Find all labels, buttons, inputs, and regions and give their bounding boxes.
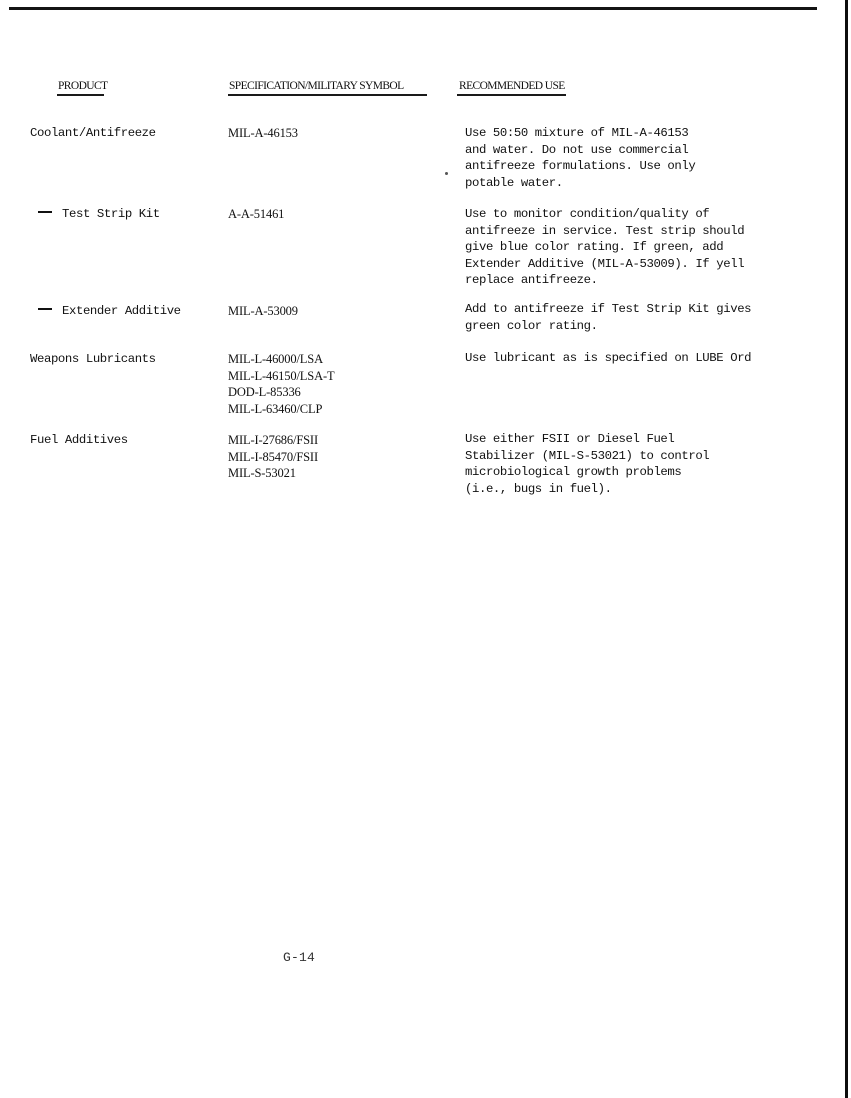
spec-line: A-A-51461 xyxy=(228,206,284,223)
use-line: antifreeze in service. Test strip should xyxy=(465,223,744,240)
use-line: green color rating. xyxy=(465,318,751,335)
sub-item-dash-icon xyxy=(38,211,52,213)
page-number: G-14 xyxy=(283,950,315,965)
spec-line: DOD-L-85336 xyxy=(228,384,334,401)
use-cell: Use lubricant as is specified on LUBE Or… xyxy=(465,350,751,367)
use-line: Use to monitor condition/quality of xyxy=(465,206,744,223)
spec-line: MIL-A-53009 xyxy=(228,303,298,320)
column-header-specification: SPECIFICATION/MILITARY SYMBOL xyxy=(229,80,404,93)
use-line: antifreeze formulations. Use only xyxy=(465,158,695,175)
scan-speck xyxy=(445,172,448,175)
spec-cell: MIL-A-53009 xyxy=(228,303,298,320)
use-line: (i.e., bugs in fuel). xyxy=(465,481,709,498)
product-label: Test Strip Kit xyxy=(62,207,160,221)
product-cell: Coolant/Antifreeze xyxy=(30,125,156,142)
page-right-edge xyxy=(845,0,848,1098)
use-cell: Add to antifreeze if Test Strip Kit give… xyxy=(465,301,751,334)
spec-line: MIL-A-46153 xyxy=(228,125,298,142)
product-cell-sub-item: Test Strip Kit xyxy=(38,206,160,223)
use-line: replace antifreeze. xyxy=(465,272,744,289)
use-line: Use lubricant as is specified on LUBE Or… xyxy=(465,350,751,367)
column-header-recommended-use: RECOMMENDED USE xyxy=(459,80,565,93)
product-cell: Weapons Lubricants xyxy=(30,351,156,368)
use-line: Use 50:50 mixture of MIL-A-46153 xyxy=(465,125,695,142)
spec-cell: MIL-L-46000/LSA MIL-L-46150/LSA-T DOD-L-… xyxy=(228,351,334,417)
use-line: microbiological growth problems xyxy=(465,464,709,481)
use-line: Use either FSII or Diesel Fuel xyxy=(465,431,709,448)
header-underline-specification xyxy=(228,94,427,96)
product-cell: Fuel Additives xyxy=(30,432,128,449)
use-cell: Use 50:50 mixture of MIL-A-46153 and wat… xyxy=(465,125,695,191)
column-header-product: PRODUCT xyxy=(58,80,107,93)
use-line: Add to antifreeze if Test Strip Kit give… xyxy=(465,301,751,318)
spec-line: MIL-L-63460/CLP xyxy=(228,401,334,418)
use-line: and water. Do not use commercial xyxy=(465,142,695,159)
header-underline-product xyxy=(57,94,104,96)
use-line: potable water. xyxy=(465,175,695,192)
top-horizontal-rule xyxy=(9,7,817,10)
spec-cell: A-A-51461 xyxy=(228,206,284,223)
product-cell-sub-item: Extender Additive xyxy=(38,303,181,320)
spec-line: MIL-L-46150/LSA-T xyxy=(228,368,334,385)
use-cell: Use to monitor condition/quality of anti… xyxy=(465,206,744,289)
product-label: Extender Additive xyxy=(62,304,181,318)
spec-line: MIL-I-85470/FSII xyxy=(228,449,318,466)
use-line: Extender Additive (MIL-A-53009). If yell xyxy=(465,256,744,273)
spec-line: MIL-L-46000/LSA xyxy=(228,351,334,368)
sub-item-dash-icon xyxy=(38,308,52,310)
spec-cell: MIL-I-27686/FSII MIL-I-85470/FSII MIL-S-… xyxy=(228,432,318,482)
use-line: Stabilizer (MIL-S-53021) to control xyxy=(465,448,709,465)
spec-line: MIL-S-53021 xyxy=(228,465,318,482)
spec-cell: MIL-A-46153 xyxy=(228,125,298,142)
header-underline-recommended-use xyxy=(457,94,566,96)
use-line: give blue color rating. If green, add xyxy=(465,239,744,256)
use-cell: Use either FSII or Diesel Fuel Stabilize… xyxy=(465,431,709,497)
spec-line: MIL-I-27686/FSII xyxy=(228,432,318,449)
